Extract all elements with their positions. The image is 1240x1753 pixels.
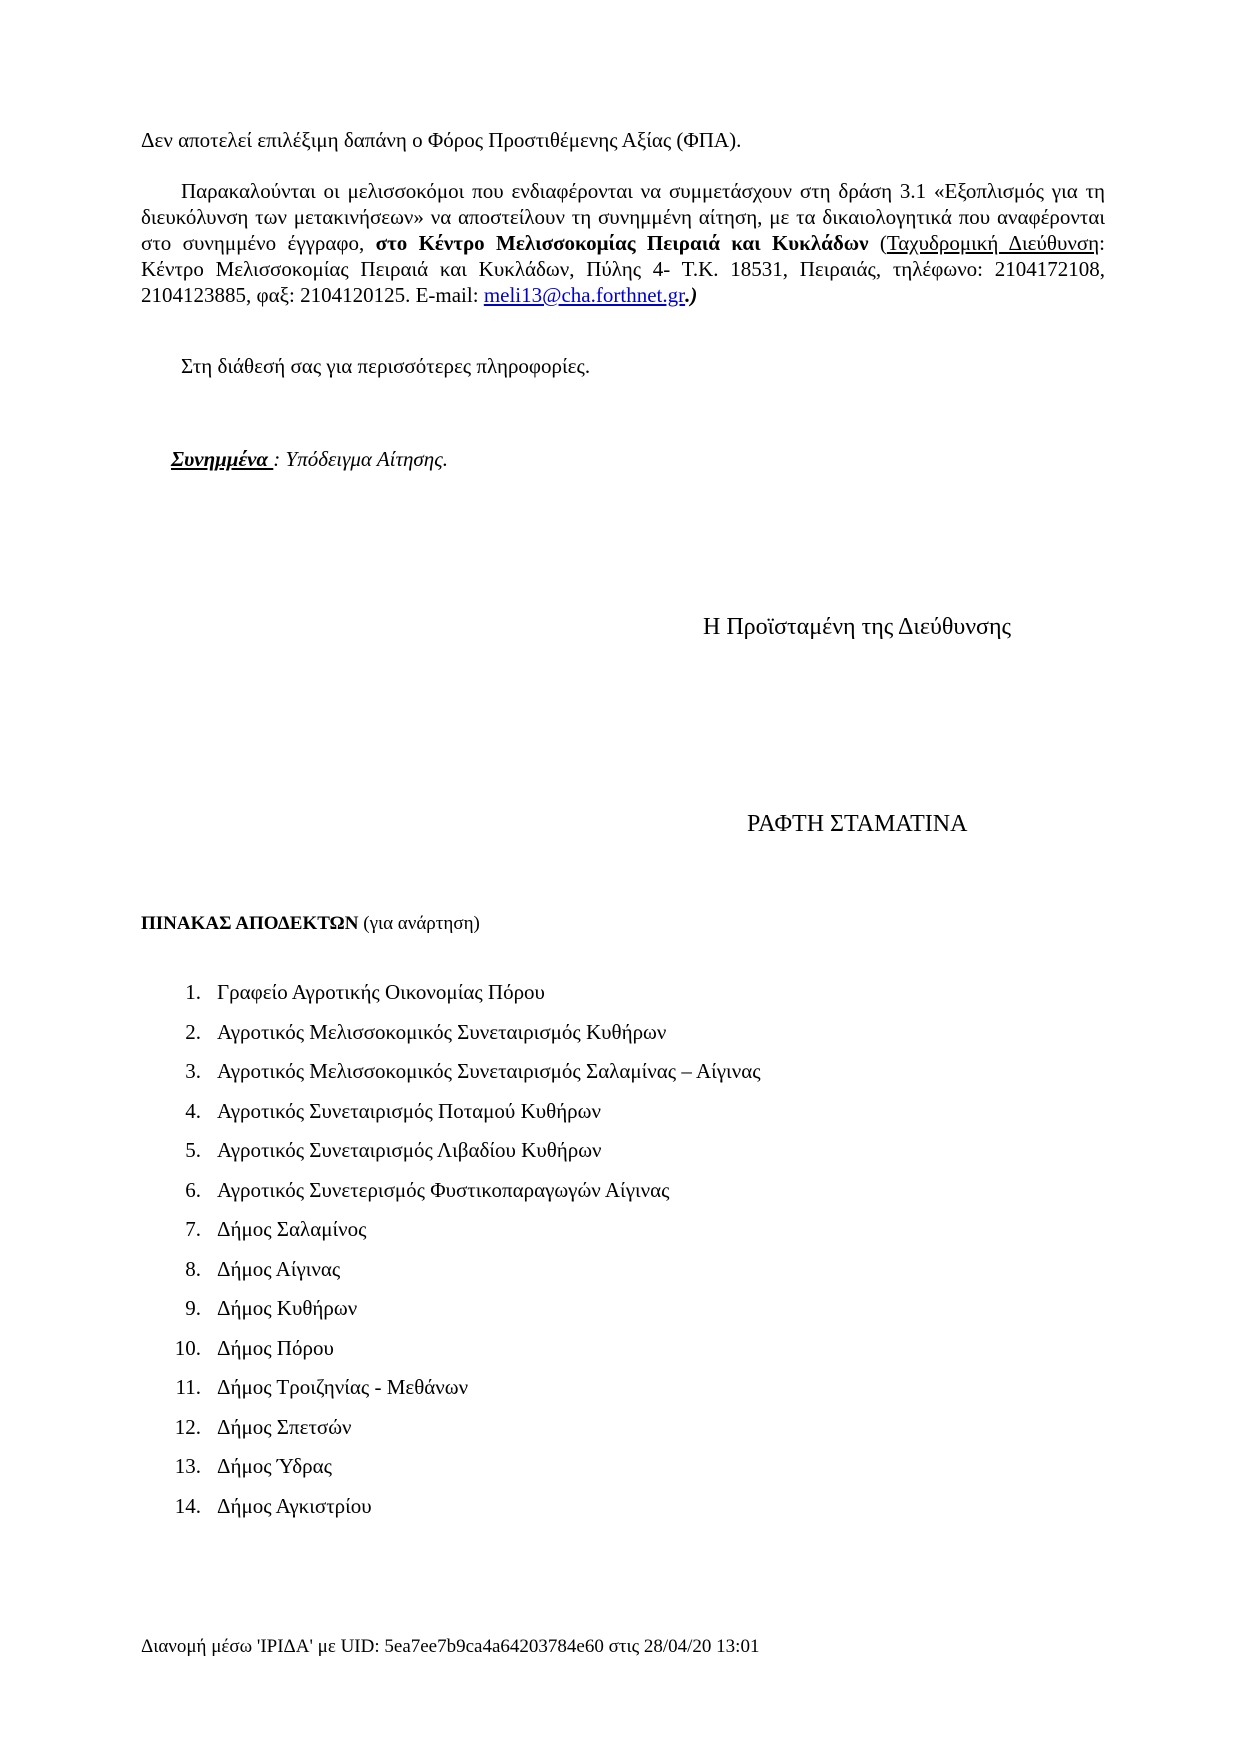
address-label: Ταχυδρομική Διεύθυνση bbox=[887, 231, 1099, 255]
attachments-label: Συνημμένα bbox=[171, 447, 273, 471]
list-item: 10.Δήμος Πόρου bbox=[141, 1336, 761, 1376]
recipients-list: 1.Γραφείο Αγροτικής Οικονομίας Πόρου2.Αγ… bbox=[141, 980, 761, 1533]
open-paren: ( bbox=[869, 231, 887, 255]
list-item-number: 5. bbox=[141, 1138, 217, 1178]
list-item-name: Αγροτικός Συνετερισμός Φυστικοπαραγωγών … bbox=[217, 1178, 669, 1218]
list-item-name: Δήμος Ύδρας bbox=[217, 1454, 332, 1494]
list-item-name: Δήμος Τροιζηνίας - Μεθάνων bbox=[217, 1375, 468, 1415]
list-item-name: Αγροτικός Συνεταιρισμός Λιβαδίου Κυθήρων bbox=[217, 1138, 602, 1178]
distribution-footer: Διανομή μέσω 'ΙΡΙΔΑ' με UID: 5ea7ee7b9ca… bbox=[141, 1636, 759, 1658]
list-item: 8.Δήμος Αίγινας bbox=[141, 1257, 761, 1297]
signatory-name: ΡΑΦΤΗ ΣΤΑΜΑΤΙΝΑ bbox=[747, 811, 967, 838]
list-item: 12.Δήμος Σπετσών bbox=[141, 1415, 761, 1455]
list-item-number: 14. bbox=[141, 1494, 217, 1534]
list-item-name: Δήμος Αγκιστρίου bbox=[217, 1494, 372, 1534]
list-item-name: Δήμος Πόρου bbox=[217, 1336, 334, 1376]
list-item-number: 8. bbox=[141, 1257, 217, 1297]
list-item: 3.Αγροτικός Μελισσοκομικός Συνεταιρισμός… bbox=[141, 1059, 761, 1099]
signatory-title: Η Προϊσταμένη της Διεύθυνσης bbox=[703, 614, 1011, 641]
invitation-paragraph: Παρακαλούνται οι μελισσοκόμοι που ενδιαφ… bbox=[141, 178, 1105, 308]
list-item: 2.Αγροτικός Μελισσοκομικός Συνεταιρισμός… bbox=[141, 1020, 761, 1060]
list-item-number: 7. bbox=[141, 1217, 217, 1257]
closing-paren: .) bbox=[685, 283, 697, 307]
list-item: 14.Δήμος Αγκιστρίου bbox=[141, 1494, 761, 1534]
list-item: 5.Αγροτικός Συνεταιρισμός Λιβαδίου Κυθήρ… bbox=[141, 1138, 761, 1178]
recipients-heading-note: (για ανάρτηση) bbox=[359, 913, 480, 934]
beekeeping-center-name: στο Κέντρο Μελισσοκομίας Πειραιά και Κυκ… bbox=[376, 231, 869, 255]
list-item-name: Δήμος Κυθήρων bbox=[217, 1296, 357, 1336]
list-item-number: 1. bbox=[141, 980, 217, 1020]
list-item-number: 13. bbox=[141, 1454, 217, 1494]
list-item-name: Γραφείο Αγροτικής Οικονομίας Πόρου bbox=[217, 980, 545, 1020]
list-item-name: Αγροτικός Μελισσοκομικός Συνεταιρισμός Κ… bbox=[217, 1020, 666, 1060]
list-item-name: Αγροτικός Μελισσοκομικός Συνεταιρισμός Σ… bbox=[217, 1059, 761, 1099]
list-item: 4.Αγροτικός Συνεταιρισμός Ποταμού Κυθήρω… bbox=[141, 1099, 761, 1139]
recipients-heading-bold: ΠΙΝΑΚΑΣ ΑΠΟΔΕΚΤΩΝ bbox=[141, 913, 359, 934]
list-item-name: Δήμος Σαλαμίνος bbox=[217, 1217, 366, 1257]
recipients-heading: ΠΙΝΑΚΑΣ ΑΠΟΔΕΚΤΩΝ (για ανάρτηση) bbox=[141, 913, 480, 935]
list-item: 6.Αγροτικός Συνετερισμός Φυστικοπαραγωγώ… bbox=[141, 1178, 761, 1218]
vat-note: Δεν αποτελεί επιλέξιμη δαπάνη ο Φόρος Πρ… bbox=[141, 127, 1105, 153]
list-item: 7.Δήμος Σαλαμίνος bbox=[141, 1217, 761, 1257]
attachments-value: : Υπόδειγμα Αίτησης. bbox=[273, 447, 448, 471]
list-item-name: Δήμος Αίγινας bbox=[217, 1257, 340, 1297]
list-item-number: 11. bbox=[141, 1375, 217, 1415]
attachments-line: Συνημμένα : Υπόδειγμα Αίτησης. bbox=[171, 447, 448, 472]
list-item: 1.Γραφείο Αγροτικής Οικονομίας Πόρου bbox=[141, 980, 761, 1020]
list-item: 9.Δήμος Κυθήρων bbox=[141, 1296, 761, 1336]
list-item-number: 4. bbox=[141, 1099, 217, 1139]
list-item-number: 9. bbox=[141, 1296, 217, 1336]
email-link[interactable]: meli13@cha.forthnet.gr bbox=[484, 283, 685, 307]
list-item-number: 6. bbox=[141, 1178, 217, 1218]
list-item-number: 2. bbox=[141, 1020, 217, 1060]
list-item-number: 12. bbox=[141, 1415, 217, 1455]
list-item: 11.Δήμος Τροιζηνίας - Μεθάνων bbox=[141, 1375, 761, 1415]
document-page: Δεν αποτελεί επιλέξιμη δαπάνη ο Φόρος Πρ… bbox=[0, 0, 1240, 1753]
list-item-number: 10. bbox=[141, 1336, 217, 1376]
list-item: 13.Δήμος Ύδρας bbox=[141, 1454, 761, 1494]
list-item-name: Δήμος Σπετσών bbox=[217, 1415, 352, 1455]
list-item-number: 3. bbox=[141, 1059, 217, 1099]
list-item-name: Αγροτικός Συνεταιρισμός Ποταμού Κυθήρων bbox=[217, 1099, 601, 1139]
availability-note: Στη διάθεσή σας για περισσότερες πληροφο… bbox=[141, 353, 1105, 379]
